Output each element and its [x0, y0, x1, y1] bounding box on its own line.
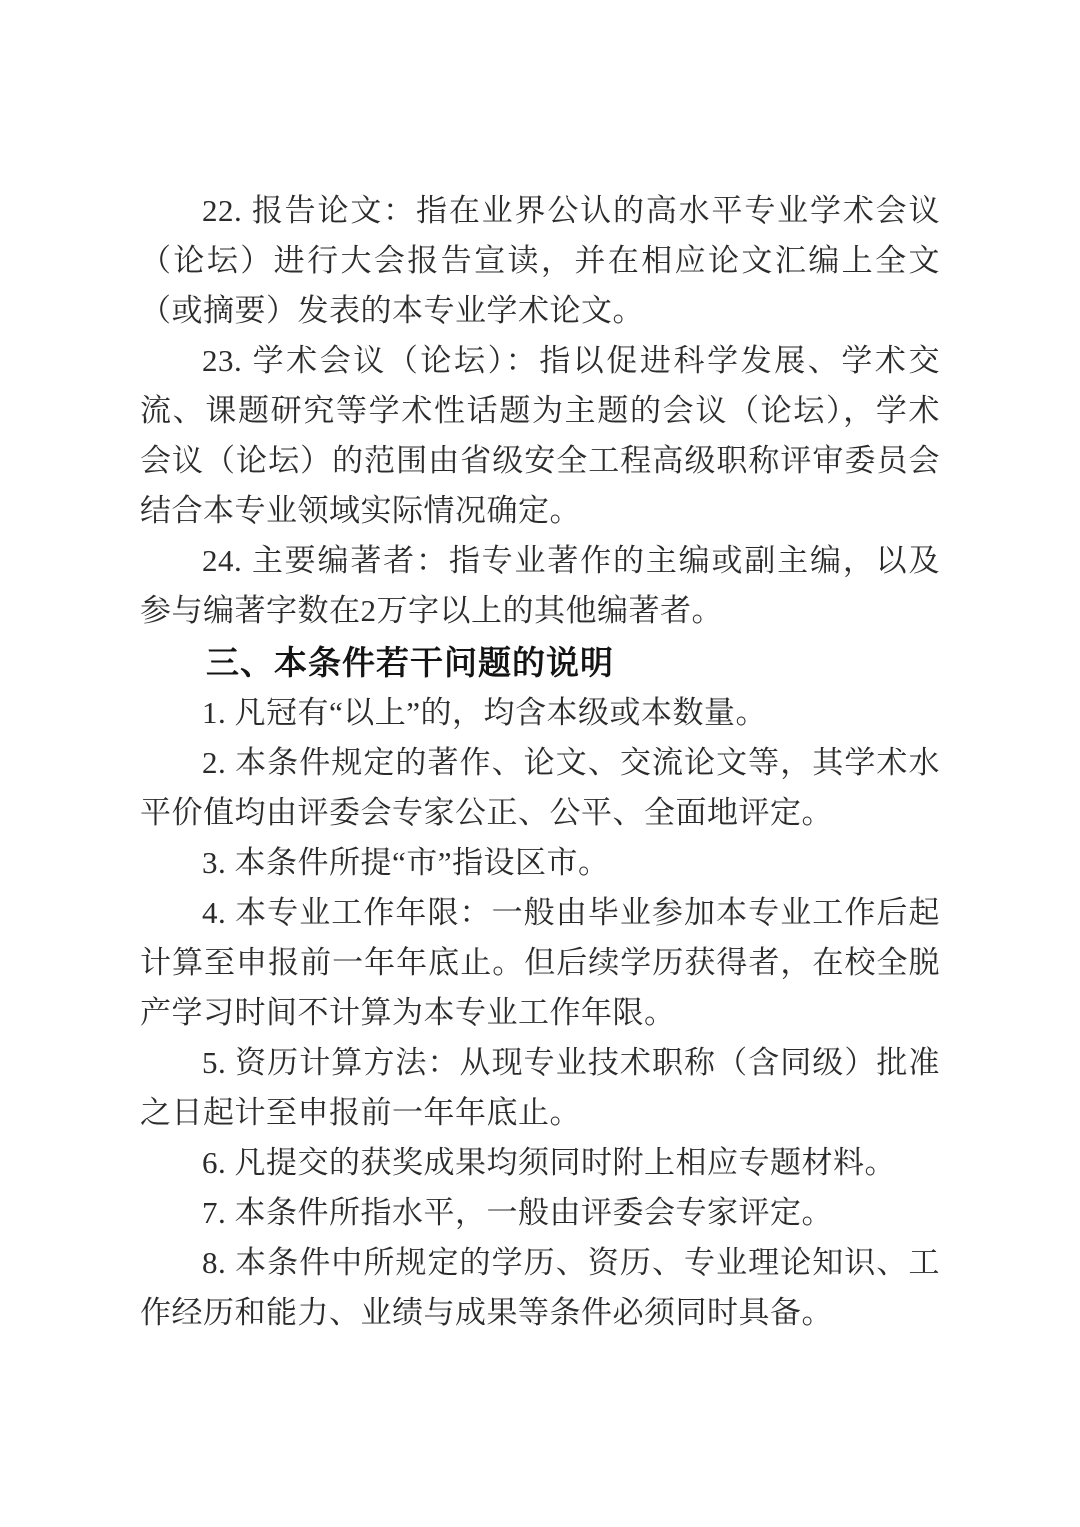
document-page: 22. 报告论文：指在业界公认的高水平专业学术会议（论坛）进行大会报告宣读，并在…: [0, 0, 1080, 1527]
paragraph-note-4: 4. 本专业工作年限：一般由毕业参加本专业工作后起计算至申报前一年年底止。但后续…: [140, 888, 940, 1038]
paragraph-note-1: 1. 凡冠有“以上”的，均含本级或本数量。: [140, 688, 940, 738]
paragraph-item-23: 23. 学术会议（论坛）：指以促进科学发展、学术交流、课题研究等学术性话题为主题…: [140, 336, 940, 536]
paragraph-note-2: 2. 本条件规定的著作、论文、交流论文等，其学术水平价值均由评委会专家公正、公平…: [140, 738, 940, 838]
paragraph-note-3: 3. 本条件所提“市”指设区市。: [140, 838, 940, 888]
paragraph-item-24: 24. 主要编著者：指专业著作的主编或副主编，以及参与编著字数在2万字以上的其他…: [140, 536, 940, 636]
paragraph-note-8: 8. 本条件中所规定的学历、资历、专业理论知识、工作经历和能力、业绩与成果等条件…: [140, 1238, 940, 1338]
paragraph-item-22: 22. 报告论文：指在业界公认的高水平专业学术会议（论坛）进行大会报告宣读，并在…: [140, 186, 940, 336]
section-heading: 三、本条件若干问题的说明: [140, 638, 940, 688]
paragraph-note-7: 7. 本条件所指水平，一般由评委会专家评定。: [140, 1188, 940, 1238]
paragraph-note-6: 6. 凡提交的获奖成果均须同时附上相应专题材料。: [140, 1138, 940, 1188]
document-content: 22. 报告论文：指在业界公认的高水平专业学术会议（论坛）进行大会报告宣读，并在…: [140, 186, 940, 1338]
paragraph-note-5: 5. 资历计算方法：从现专业技术职称（含同级）批准之日起计至申报前一年年底止。: [140, 1038, 940, 1138]
